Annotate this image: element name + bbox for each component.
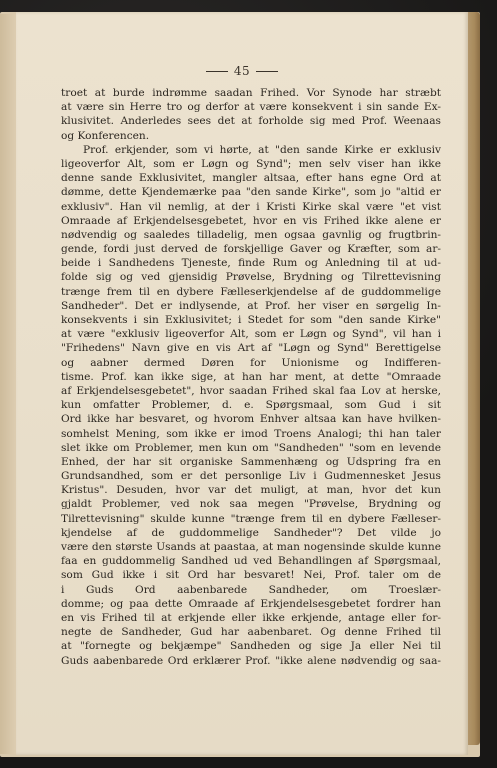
text-line: denne sande Exklusivitet, mangler altsaa… [61,171,441,185]
text-line: gende, fordi just derved de forskjellige… [61,242,441,256]
folio-dash-left [206,71,228,72]
text-line: Omraade af Erkjendelsesgebetet, hvor en … [61,214,441,228]
text-line: gjaldt Problemer, ved nok saa megen "Prø… [61,497,441,511]
page-number: 45 [16,64,468,78]
body-text: troet at burde indrømme saadan Frihed. V… [61,86,441,668]
text-line: slet ikke om Problemer, men kun om "Sand… [61,441,441,455]
folio-dash-right [256,71,278,72]
text-line: beide i Sandhedens Tjeneste, finde Rum o… [61,256,441,270]
text-line: trænge frem til en dybere Fælleserkjende… [61,285,441,299]
text-line: kun omfatter Problemer, d. e. Spørgsmaal… [61,398,441,412]
text-line: somhelst Mening, som ikke er imod Troens… [61,427,441,441]
text-line: klusivitet. Anderledes sees det at forho… [61,114,441,128]
text-line: at "fornegte og bekjæmpe" Sandheden og s… [61,639,441,653]
text-line: af Erkjendelsesgebetet", hvor saadan Fri… [61,384,441,398]
book-page: 45 troet at burde indrømme saadan Frihed… [16,12,468,755]
text-line: Guds aabenbarede Ord erklærer Prof. "ikk… [61,654,441,668]
page-gutter [0,14,17,754]
text-line: være den største Usands at paastaa, at m… [61,540,441,554]
text-line: folde sig og ved gjensidig Prøvelse, Bry… [61,270,441,284]
text-line: exklusiv". Han vil nemlig, at der i Kris… [61,200,441,214]
text-line: tisme. Prof. kan ikke sige, at han har m… [61,370,441,384]
text-line: at være "exklusiv ligeoverfor Alt, som e… [61,327,441,341]
text-line: en vis Frihed til at erkjende eller ikke… [61,611,441,625]
text-line: negte de Sandheder, Gud har aabenbaret. … [61,625,441,639]
text-line: "Frihedens" Navn give en vis Art af "Løg… [61,341,441,355]
text-line: faa en guddommelig Sandhed ud ved Behand… [61,554,441,568]
text-line: Sandheder". Det er indlysende, at Prof. … [61,299,441,313]
text-line: og aabner dermed Døren for Unionisme og … [61,356,441,370]
text-line: og Konferencen. [61,129,441,143]
text-line: Tilrettevisning" skulde kunne "trænge fr… [61,512,441,526]
text-line: Ord ikke har besvaret, og hvorom Enhver … [61,412,441,426]
text-line: Prof. erkjender, som vi hørte, at "den s… [61,143,441,157]
text-line: ligeoverfor Alt, som er Løgn og Synd"; m… [61,157,441,171]
text-line: domme; og paa dette Omraade af Erkjendel… [61,597,441,611]
text-line: i Guds Ord aabenbarede Sandheder, om Tro… [61,583,441,597]
page-fore-edge [466,12,480,745]
page-number-value: 45 [234,64,250,78]
text-line: Kristus". Desuden, hvor var det muligt, … [61,483,441,497]
text-line: Enhed, der har sit organiske Sammenhæng … [61,455,441,469]
text-line: troet at burde indrømme saadan Frihed. V… [61,86,441,100]
text-line: nødvendig og saaledes tilladelig, men og… [61,228,441,242]
text-line: at være sin Herre tro og derfor at være … [61,100,441,114]
text-line: konsekvents i sin Exklusivitet; i Stedet… [61,313,441,327]
text-line: som Gud ikke i sit Ord har besvaret! Nei… [61,568,441,582]
text-line: kjendelse af de guddommelige Sandheder"?… [61,526,441,540]
text-line: dømme, dette Kjendemærke paa "den sande … [61,185,441,199]
text-line: Grundsandhed, som er det personlige Liv … [61,469,441,483]
